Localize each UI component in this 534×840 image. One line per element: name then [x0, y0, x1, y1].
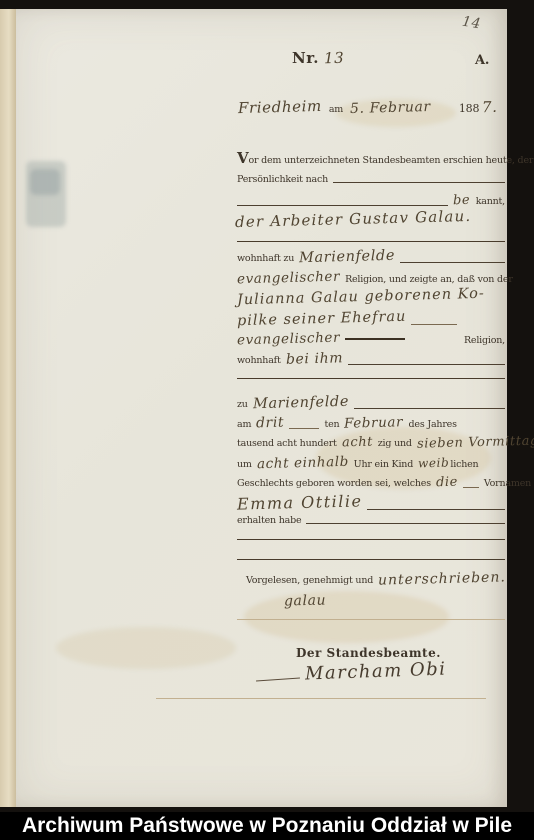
closing-printed: Vorgelesen, genehmigt und [246, 575, 373, 586]
birthdate-ten: ten [324, 419, 339, 430]
blank-line [306, 523, 505, 524]
ruled-line [237, 539, 505, 540]
archive-caption-text: Archiwum Państwowe w Poznaniu Oddział w … [22, 814, 512, 838]
blank-line [237, 205, 448, 206]
persoenlichkeit-label: Persönlichkeit nach [237, 174, 328, 185]
mother-religion-value: evangelischer [237, 330, 340, 349]
dateline-place: Friedheim [238, 97, 322, 117]
strike-dash [345, 338, 405, 340]
dateline-year-digit: 7. [482, 98, 498, 116]
blank-line [333, 182, 505, 183]
birthdate-am: am [237, 419, 251, 430]
declarant-signature: galau [284, 592, 327, 609]
closing-row: Vorgelesen, genehmigt und unterschrieben… [246, 571, 505, 587]
received-label: erhalten habe [237, 515, 301, 526]
ruled-line [237, 559, 505, 560]
declarant-signature-row: galau [284, 593, 326, 609]
residence2-value: bei ihm [285, 350, 343, 367]
residence-label: wohnhaft zu [237, 253, 294, 264]
book-binding-edge [0, 9, 17, 807]
declarant-row: der Arbeiter Gustav Galau. [235, 210, 505, 228]
registrar-signature: Marcham Obi [305, 659, 447, 685]
ruled-line [237, 241, 505, 242]
birthdate-year-hand: sieben Vormittags [417, 433, 534, 451]
dateline-am-label: am [329, 104, 343, 115]
faint-ruled-line [237, 619, 505, 620]
sex-printed-a: Geschlechts geboren worden sei, welches [237, 478, 431, 489]
ruled-line [237, 378, 505, 379]
mother-row-2: pilke seiner Ehefrau [237, 311, 457, 327]
sex-printed-b: Vornamen [484, 478, 531, 489]
residence-row-2: wohnhaft bei ihm [237, 351, 505, 367]
blank-line [367, 509, 505, 510]
birthtime-um: um [237, 459, 252, 470]
birthplace-value: Marienfelde [253, 394, 349, 413]
dateline-day: 5. Februar [350, 99, 431, 117]
religion-row-1: evangelischer Religion, und zeigte an, d… [237, 270, 505, 286]
child-sex-hand: weib [418, 456, 450, 471]
closing-hand: unterschrieben. [378, 569, 506, 588]
residence-value: Marienfelde [299, 248, 395, 267]
birthplace-row: zu Marienfelde [237, 395, 505, 411]
registrar-signature-row: Marcham Obi [256, 661, 506, 682]
birthtime-row: um acht einhalb Uhr ein Kind weib lichen [237, 455, 505, 471]
ghost-writing-artifact [244, 591, 449, 643]
faint-ruled-line [156, 698, 486, 699]
blank-line [400, 262, 505, 263]
header-row: Nr. 13 [292, 49, 492, 67]
blank-line [348, 364, 505, 365]
religion-printed: Religion, und zeigte an, daß von der [345, 274, 513, 285]
received-row: erhalten habe [237, 515, 505, 526]
declarant-name: der Arbeiter Gustav Galau. [235, 207, 472, 231]
birthplace-label: zu [237, 399, 248, 410]
mother-row-1: Julianna Galau geborenen Ko- [237, 289, 505, 305]
archive-scan: { "caption_bar": { "text": "Archiwum Pań… [0, 0, 534, 840]
birthdate-thousand: tausend acht hundert [237, 438, 337, 449]
ink-bleed-artifact [30, 169, 60, 195]
birthdate-month: Februar [344, 414, 404, 432]
blank-line [289, 428, 319, 429]
dateline-row: Friedheim am 5. Februar 188 7. [238, 98, 500, 116]
residence2-label: wohnhaft [237, 355, 281, 366]
known-hand: be [453, 193, 471, 208]
blank-line [463, 487, 479, 488]
blank-line [354, 408, 505, 409]
child-name: Emma Ottilie [237, 491, 363, 513]
sex-row: Geschlechts geboren worden sei, welches … [237, 475, 505, 490]
registrar-label-row: Der Standesbeamte. [296, 646, 441, 660]
record-number-value: 13 [324, 49, 345, 68]
intro-line-1: V or dem unterzeichneten Standesbeamten … [237, 153, 505, 166]
birthtime-value: acht einhalb [257, 454, 349, 472]
birthdate-day: drit [256, 415, 285, 432]
religion-row-2: evangelischer Religion, [237, 331, 505, 347]
intro-line-2: Persönlichkeit nach [237, 174, 505, 185]
known-printed: kannt, [476, 196, 505, 207]
mother-name: Julianna Galau geborenen Ko- [237, 286, 485, 308]
dateline-year-printed: 188 [459, 102, 479, 115]
intro-line-3: be kannt, [237, 193, 505, 208]
birthdate-zig-und: zig und [378, 438, 412, 449]
document-page: 14 Nr. 13 A. Friedheim am 5. Februar 188… [16, 9, 507, 807]
religion-value: evangelischer [237, 269, 340, 288]
birthtime-printed-mid: Uhr ein Kind [354, 459, 413, 470]
birthdate-row-1: am drit ten Februar des Jahres [237, 415, 505, 431]
record-number-label: Nr. [292, 49, 319, 67]
birthdate-year-label: des Jahres [409, 419, 457, 430]
birthdate-row-2: tausend acht hundert acht zig und sieben… [237, 435, 505, 450]
birthtime-printed-end: lichen [450, 459, 478, 470]
intro-initial: V [237, 153, 248, 163]
archive-caption-bar: Archiwum Państwowe w Poznaniu Oddział w … [0, 812, 534, 840]
ghost-writing-artifact [56, 627, 236, 669]
mother-religion-printed: Religion, [464, 335, 505, 346]
residence-row: wohnhaft zu Marienfelde [237, 249, 505, 265]
name-article: die [436, 475, 458, 491]
mother-name-continued: pilke seiner Ehefrau [237, 309, 407, 329]
corner-page-number: 14 [461, 14, 482, 33]
section-letter: A. [475, 53, 489, 68]
blank-line [411, 324, 457, 325]
birthdate-decade-hand: acht [341, 435, 372, 451]
child-name-row: Emma Ottilie [237, 493, 505, 512]
registrar-label: Der Standesbeamte. [296, 646, 441, 660]
intro-line-1-text: or dem unterzeichneten Standesbeamten er… [248, 155, 533, 166]
signature-flourish [256, 677, 300, 681]
